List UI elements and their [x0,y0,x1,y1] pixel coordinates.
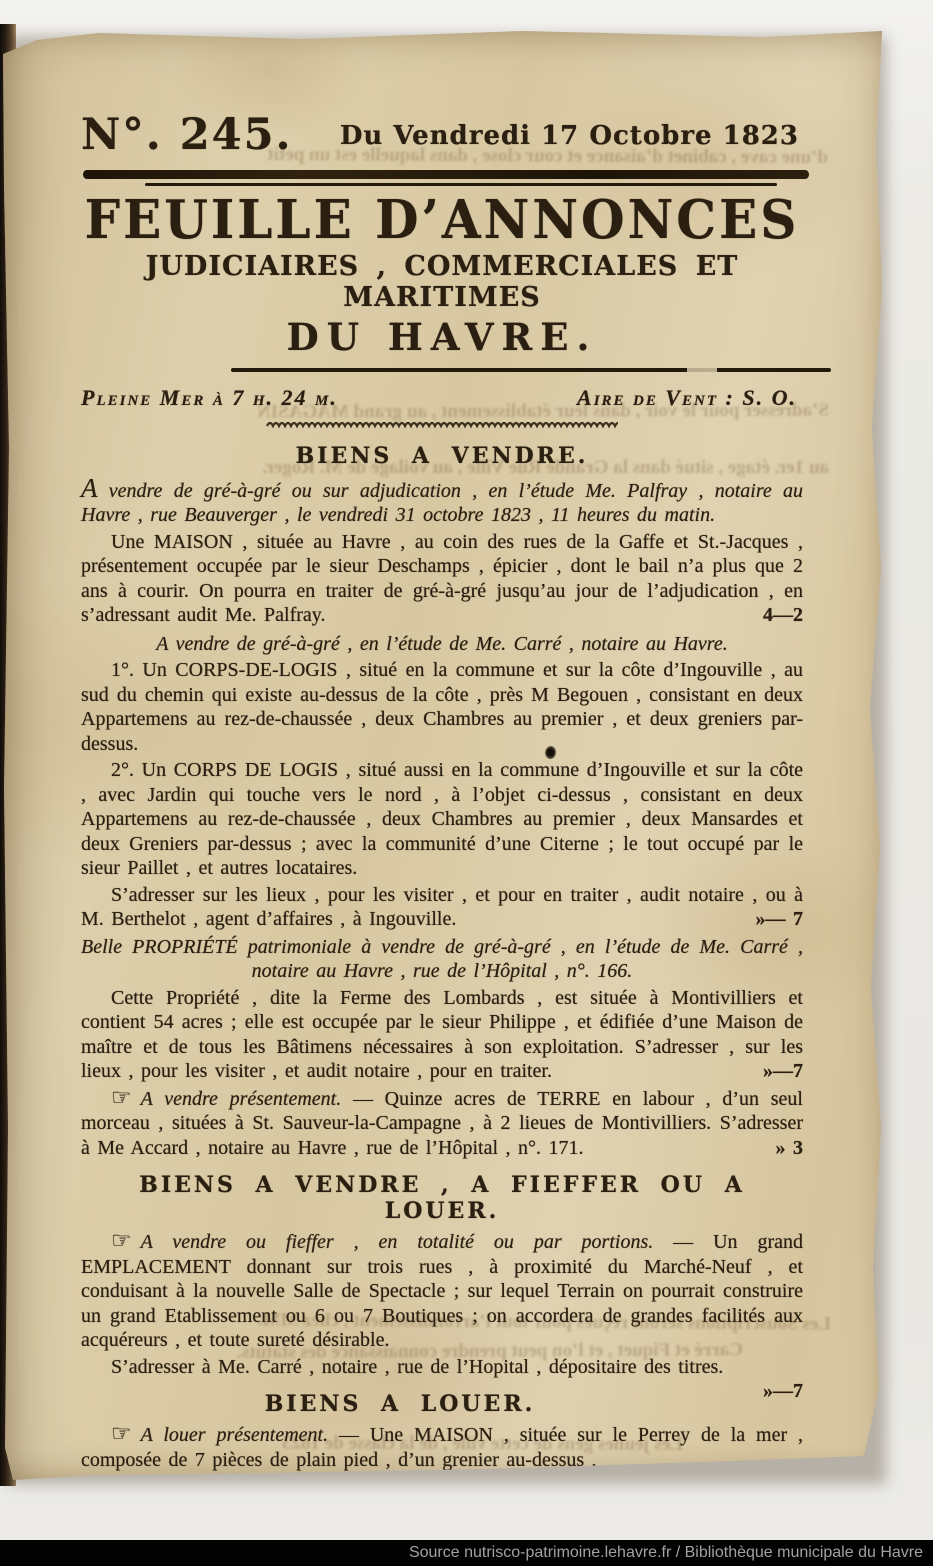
masthead-rule-thin [145,183,777,186]
ad-text: Belle PROPRIÉTÉ patrimoniale à vendre de… [81,936,803,983]
ad-paragraph: S’adresser à Me. Carré , notaire , rue d… [81,1355,803,1380]
ad-text: Cette Propriété , dite la Ferme des Lomb… [81,987,803,1083]
section-heading: BIENS A VENDRE , A FIEFFER OU A LOUER. [81,1172,803,1224]
title-underline-rule [231,368,831,372]
reference-mark: » 3 [746,1136,804,1161]
ad-paragraph: A vendre de gré-à-gré , en l’étude de Me… [81,632,803,657]
ad-lead: A louer présentement. [141,1424,328,1446]
ad-paragraph: ☞A vendre ou fieffer , en totalité ou pa… [81,1229,803,1353]
ad-paragraph: 1°. Un CORPS-DE-LOGIS , situé en la comm… [81,658,803,756]
date-line: Du Vendredi 17 Octobre 1823 [340,121,799,151]
issue-number: N°. 245. [81,114,292,157]
ad-paragraph: Une MAISON , située au Havre , au coin d… [81,530,803,628]
reference-mark: »—7 [733,1379,803,1404]
newspaper-page: d’une cave , cabinet d’aisance et cour c… [3,28,885,1480]
ad-text: A vendre de gré-à-gré , en l’étude de Me… [156,633,727,655]
ad-text: A vendre de gré-à-gré ou sur adjudicatio… [81,480,803,527]
wavy-divider [266,418,618,431]
ad-text: S’adresser à Me. Carré , notaire , rue d… [111,1356,723,1378]
section-heading: BIENS A VENDRE. [81,443,803,469]
ad-text: 2°. Un CORPS DE LOGIS , situé aussi en l… [81,759,803,879]
newspaper-subtitle-2: DU HAVRE. [81,315,803,359]
ad-paragraph: Belle PROPRIÉTÉ patrimoniale à vendre de… [81,935,803,984]
ad-paragraph: S’adresser sur les lieux , pour les visi… [81,883,803,932]
scanned-page-viewer: d’une cave , cabinet d’aisance et cour c… [0,0,933,1566]
ad-paragraph: ☞A vendre présentement. — Quinze acres d… [81,1086,803,1161]
tide-wind-row: Pleine Mer à 7 h. 24 m. Aire de Vent : S… [81,385,803,411]
section-heading: BIENS A LOUER. [81,1391,803,1417]
masthead-top-row: N°. 245. Du Vendredi 17 Octobre 1823 [81,114,803,157]
reference-mark: »— 7 [726,907,804,932]
wind-direction: Aire de Vent : S. O. [577,385,797,411]
source-credit-bar: Source nutrisco-patrimoine.lehavre.fr / … [0,1540,933,1566]
ad-text: S’adresser sur les lieux , pour les visi… [81,884,803,931]
ad-text: 1°. Un CORPS-DE-LOGIS , situé en la comm… [81,659,803,755]
ad-paragraph: A vendre de gré-à-gré ou sur adjudicatio… [81,476,803,528]
manicule-icon: ☞ [111,1421,132,1446]
masthead-rule-thick [83,170,809,179]
source-credit: Source nutrisco-patrimoine.lehavre.fr / … [409,1544,923,1562]
reference-mark: 4—2 [733,603,803,628]
newspaper-subtitle: JUDICIAIRES , COMMERCIALES ET MARITIMES [81,251,803,313]
page-content: N°. 245. Du Vendredi 17 Octobre 1823 FEU… [3,28,885,1472]
newspaper-title: FEUILLE D’ANNONCES [81,192,803,248]
ad-paragraph: 2°. Un CORPS DE LOGIS , situé aussi en l… [81,758,803,881]
manicule-icon: ☞ [111,1228,132,1253]
manicule-icon: ☞ [111,1085,132,1110]
reference-mark: »—7 [733,1059,803,1084]
ad-paragraph: Cette Propriété , dite la Ferme des Lomb… [81,986,803,1084]
sections: BIENS A VENDRE.A vendre de gré-à-gré ou … [81,443,803,1473]
ad-text: Une MAISON , située au Havre , au coin d… [81,531,803,627]
ad-lead: A vendre ou fieffer , en totalité ou par… [141,1231,654,1253]
tide-time: Pleine Mer à 7 h. 24 m. [81,385,338,411]
ad-lead: A vendre présentement. [141,1088,342,1110]
